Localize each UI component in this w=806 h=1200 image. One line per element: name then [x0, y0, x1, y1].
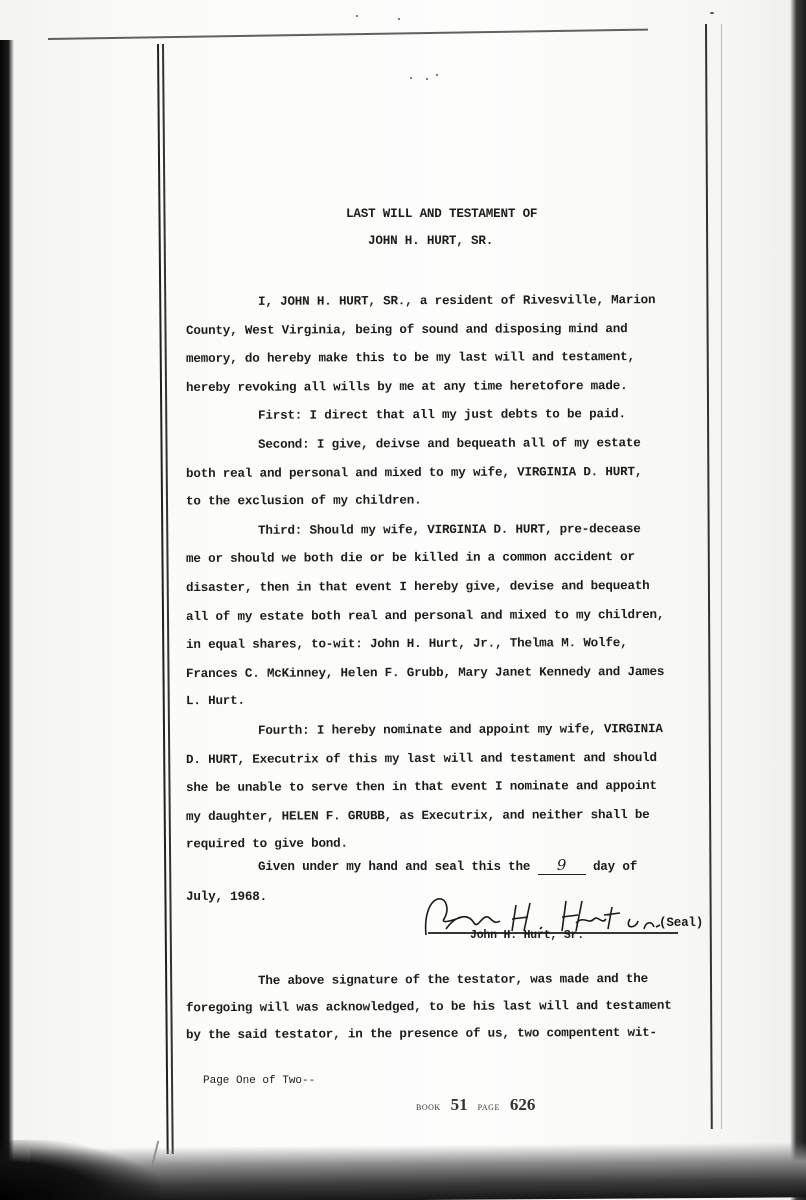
given-prefix: Given under my hand and seal this the	[258, 860, 530, 874]
scan-right-edge-shadow	[790, 0, 806, 1200]
day-handwritten: 9	[538, 856, 586, 875]
document-line: Fourth: I hereby nominate and appoint my…	[258, 722, 663, 738]
document-line: by the said testator, in the presence of…	[186, 1026, 657, 1042]
document-line: my daughter, HELEN F. GRUBB, as Executri…	[186, 808, 650, 824]
page-number: 626	[510, 1095, 536, 1114]
document-line: in equal shares, to-wit: John H. Hurt, J…	[186, 636, 628, 652]
date-line: July, 1968.	[186, 890, 267, 904]
given-suffix: day of	[593, 860, 637, 874]
right-faint-rule	[721, 24, 722, 1129]
document-line: disaster, then in that event I hereby gi…	[186, 579, 650, 595]
document-title: LAST WILL AND TESTAMENT OF	[346, 207, 537, 221]
document-line: all of my estate both real and personal …	[186, 608, 664, 624]
typed-signature-name: John H. Hurt, Sr.	[470, 929, 584, 942]
page-label: PAGE	[478, 1103, 500, 1112]
document-line: County, West Virginia, being of sound an…	[186, 322, 628, 338]
document-line: First: I direct that all my just debts t…	[258, 408, 626, 424]
document-line: me or should we both die or be killed in…	[186, 550, 635, 566]
book-label: BOOK	[416, 1103, 441, 1112]
document-line: Third: Should my wife, VIRGINIA D. HURT,…	[258, 522, 641, 538]
document-line: L. Hurt.	[186, 694, 245, 708]
given-line: Given under my hand and seal this the 9 …	[258, 856, 637, 875]
scan-speck	[426, 78, 428, 80]
document-line: she be unable to serve then in that even…	[186, 779, 657, 795]
document-line: Frances C. McKinney, Helen F. Grubb, Mar…	[186, 665, 664, 681]
seal-label: (Seal)	[659, 916, 703, 930]
document-line: foregoing will was acknowledged, to be h…	[186, 999, 672, 1016]
document-line: D. HURT, Executrix of this my last will …	[186, 751, 657, 767]
document-line: The above signature of the testator, was…	[258, 972, 648, 988]
document-line: required to give bond.	[186, 837, 348, 852]
document-line: hereby revoking all wills by me at any t…	[186, 379, 628, 395]
scan-speck	[356, 15, 358, 17]
scan-speck	[436, 74, 438, 76]
document-line: Second: I give, deivse and bequeath all …	[258, 436, 641, 452]
book-page-reference: BOOK 51 PAGE 626	[410, 1095, 535, 1115]
page-footer: Page One of Two--	[203, 1075, 315, 1087]
document-line: memory, do hereby make this to be my las…	[186, 350, 635, 366]
book-number: 51	[451, 1095, 468, 1114]
document-subtitle: JOHN H. HURT, SR.	[368, 234, 493, 248]
scanned-page-background	[0, 0, 806, 1200]
scan-left-edge-shadow	[0, 40, 14, 1200]
document-line: to the exclusion of my children.	[186, 494, 422, 509]
document-line: I, JOHN H. HURT, SR., a resident of Rive…	[258, 293, 655, 309]
scan-speck	[398, 18, 400, 20]
document-line: both real and personal and mixed to my w…	[186, 465, 642, 481]
scan-speck	[410, 77, 412, 79]
scan-corner-shadow	[0, 1140, 160, 1200]
scan-speck	[710, 12, 714, 14]
